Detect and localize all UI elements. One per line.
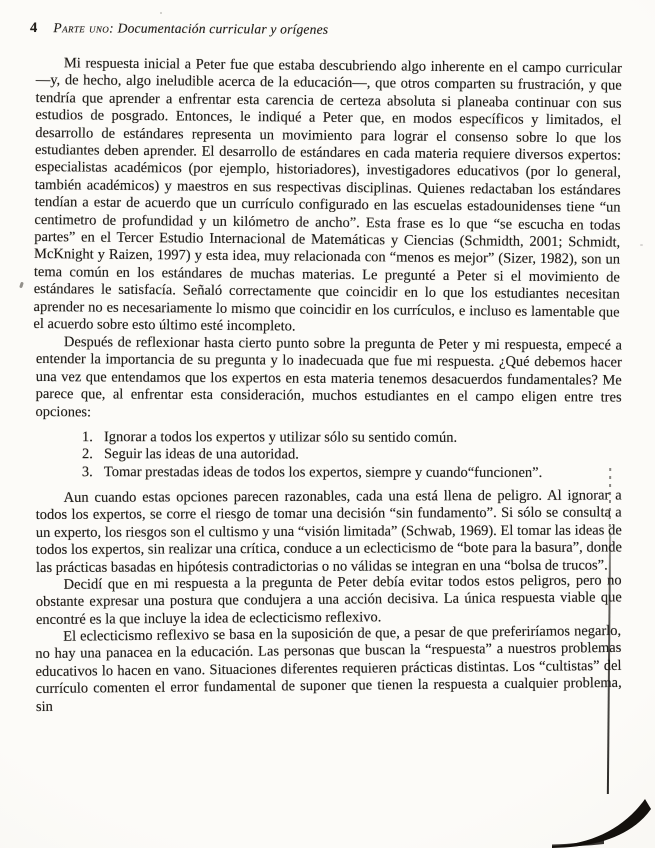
list-item: 2. Seguir las ideas de una autoridad. [36,446,622,464]
list-item-text: Tomar prestadas ideas de todos los exper… [104,463,542,481]
list-item: 3. Tomar prestadas ideas de todos los ex… [36,463,622,481]
scan-speck [640,244,643,246]
paragraph-5: El eclecticismo reflexivo se basa en la … [35,623,622,716]
scan-artifact-page-curl [552,794,655,848]
page-number: 4 [30,20,38,36]
list-item-number: 1. [82,429,104,446]
scan-speck [420,131,422,133]
paragraph-1: Mi respuesta inicial a Peter fue que est… [33,55,622,339]
list-item-text: Ignorar a todos los expertos y utilizar … [104,429,457,447]
numbered-options-list: 1. Ignorar a todos los expertos y utiliz… [36,429,622,482]
scanned-book-page: 4Parte uno: Documentación curricular y o… [0,0,655,848]
section-title: Documentación curricular y orígenes [118,21,329,37]
part-label: Parte uno: [53,20,114,35]
running-head: 4Parte uno: Documentación curricular y o… [30,20,615,41]
list-item: 1. Ignorar a todos los expertos y utiliz… [36,429,622,447]
page-body-text: Mi respuesta inicial a Peter fue que est… [36,55,622,716]
paragraph-4: Decidí que en mi respuesta a la pregunta… [36,572,622,629]
scan-speck [160,12,162,14]
scan-speck [19,282,24,289]
list-item-number: 2. [82,446,104,463]
paragraph-3: Aun cuando estas opciones parecen razona… [36,487,622,577]
paragraph-2: Después de reflexionar hasta cierto punt… [35,334,622,425]
list-item-number: 3. [82,463,104,480]
scan-speck [68,586,70,589]
list-item-text: Seguir las ideas de una autoridad. [104,446,299,464]
